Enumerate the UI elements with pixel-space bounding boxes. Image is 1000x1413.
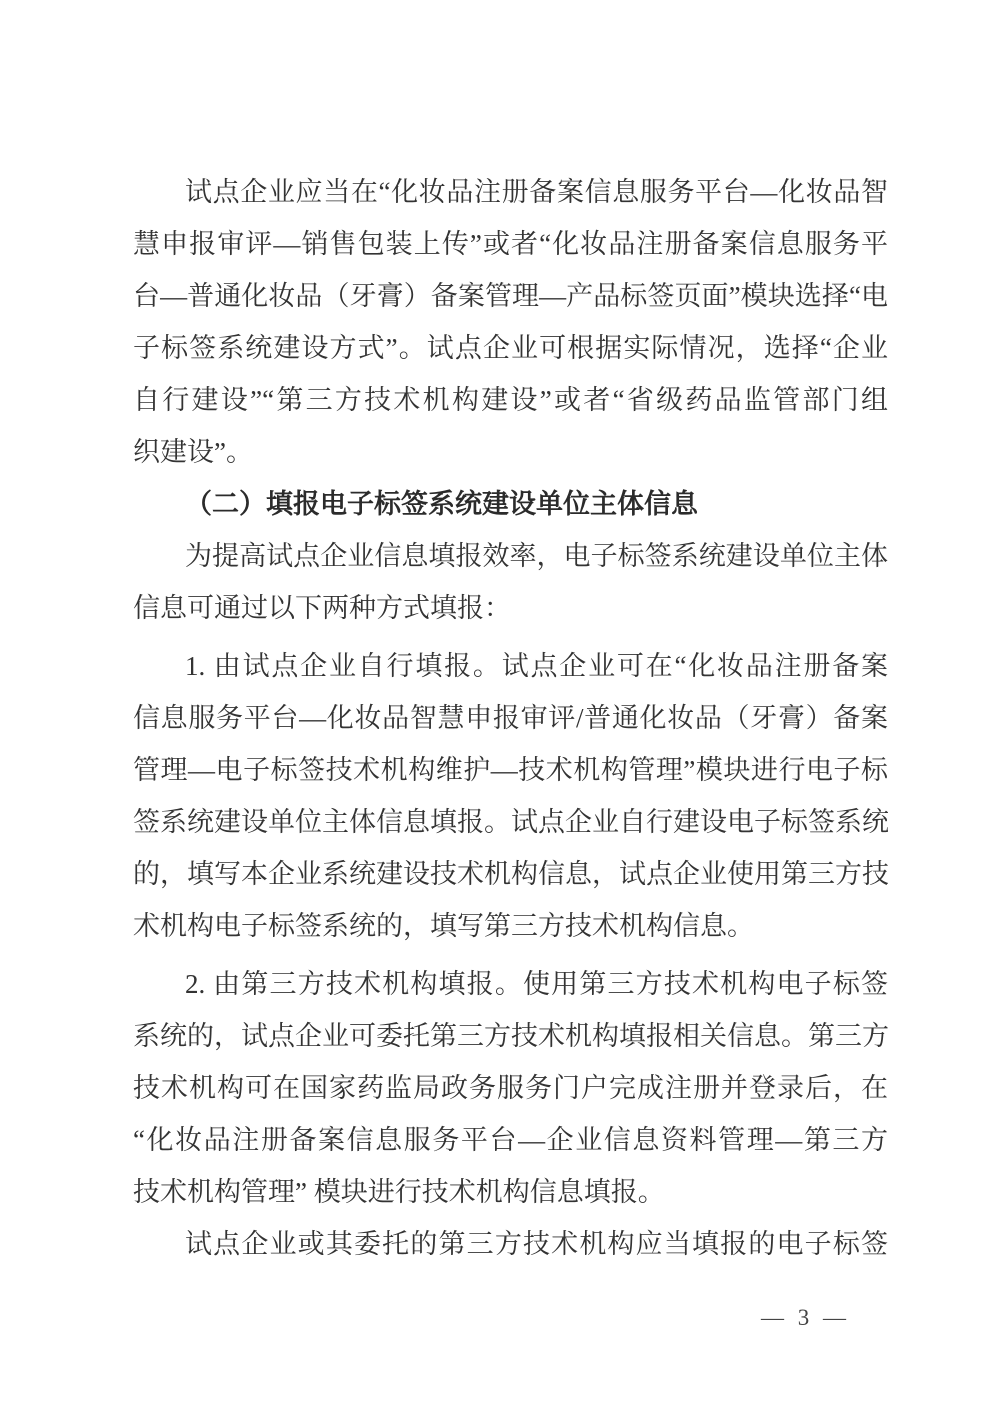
paragraph-required-info: 试点企业或其委托的第三方技术机构应当填报的电子标签 [133, 1218, 888, 1270]
text-line: 管理—电子标签技术机构维护—技术机构管理”模块进行电子标 [133, 744, 888, 796]
page-number: — 3 — [761, 1305, 850, 1331]
text-line: 台—普通化妆品（牙膏）备案管理—产品标签页面”模块选择“电 [133, 270, 888, 322]
text-line: “化妆品注册备案信息服务平台—企业信息资料管理—第三方 [133, 1114, 888, 1166]
text-line: 技术机构可在国家药监局政务服务门户完成注册并登录后，在 [133, 1062, 888, 1114]
text-line: 信息服务平台—化妆品智慧申报审评/普通化妆品（牙膏）备案 [133, 692, 888, 744]
paragraph-intro-two-methods: 为提高试点企业信息填报效率，电子标签系统建设单位主体信息可通过以下两种方式填报： [133, 530, 888, 634]
text-line: 1. 由试点企业自行填报。试点企业可在“化妆品注册备案 [133, 640, 888, 692]
text-line: 2. 由第三方技术机构填报。使用第三方技术机构电子标签 [133, 958, 888, 1010]
text-line: 自行建设”“第三方技术机构建设”或者“省级药品监管部门组 [133, 374, 888, 426]
text-line: 术机构电子标签系统的，填写第三方技术机构信息。 [133, 900, 888, 952]
text-line: 织建设”。 [133, 426, 888, 478]
document-content: 试点企业应当在“化妆品注册备案信息服务平台—化妆品智慧申报审评—销售包装上传”或… [133, 166, 888, 1270]
paragraph-method-2: 2. 由第三方技术机构填报。使用第三方技术机构电子标签系统的，试点企业可委托第三… [133, 958, 888, 1218]
text-line: 为提高试点企业信息填报效率，电子标签系统建设单位主体 [133, 530, 888, 582]
text-line: 的，填写本企业系统建设技术机构信息，试点企业使用第三方技 [133, 848, 888, 900]
text-line: 试点企业或其委托的第三方技术机构应当填报的电子标签 [133, 1218, 888, 1270]
text-line: 子标签系统建设方式”。试点企业可根据实际情况，选择“企业 [133, 322, 888, 374]
text-line: （二）填报电子标签系统建设单位主体信息 [133, 478, 888, 530]
section-heading-2: （二）填报电子标签系统建设单位主体信息 [133, 478, 888, 530]
text-line: 试点企业应当在“化妆品注册备案信息服务平台—化妆品智 [133, 166, 888, 218]
paragraph-system-selection: 试点企业应当在“化妆品注册备案信息服务平台—化妆品智慧申报审评—销售包装上传”或… [133, 166, 888, 478]
text-line: 信息可通过以下两种方式填报： [133, 582, 888, 634]
paragraph-method-1: 1. 由试点企业自行填报。试点企业可在“化妆品注册备案信息服务平台—化妆品智慧申… [133, 640, 888, 952]
text-line: 技术机构管理” 模块进行技术机构信息填报。 [133, 1166, 888, 1218]
text-line: 慧申报审评—销售包装上传”或者“化妆品注册备案信息服务平 [133, 218, 888, 270]
document-page: 试点企业应当在“化妆品注册备案信息服务平台—化妆品智慧申报审评—销售包装上传”或… [0, 0, 1000, 1413]
text-line: 签系统建设单位主体信息填报。试点企业自行建设电子标签系统 [133, 796, 888, 848]
text-line: 系统的，试点企业可委托第三方技术机构填报相关信息。第三方 [133, 1010, 888, 1062]
